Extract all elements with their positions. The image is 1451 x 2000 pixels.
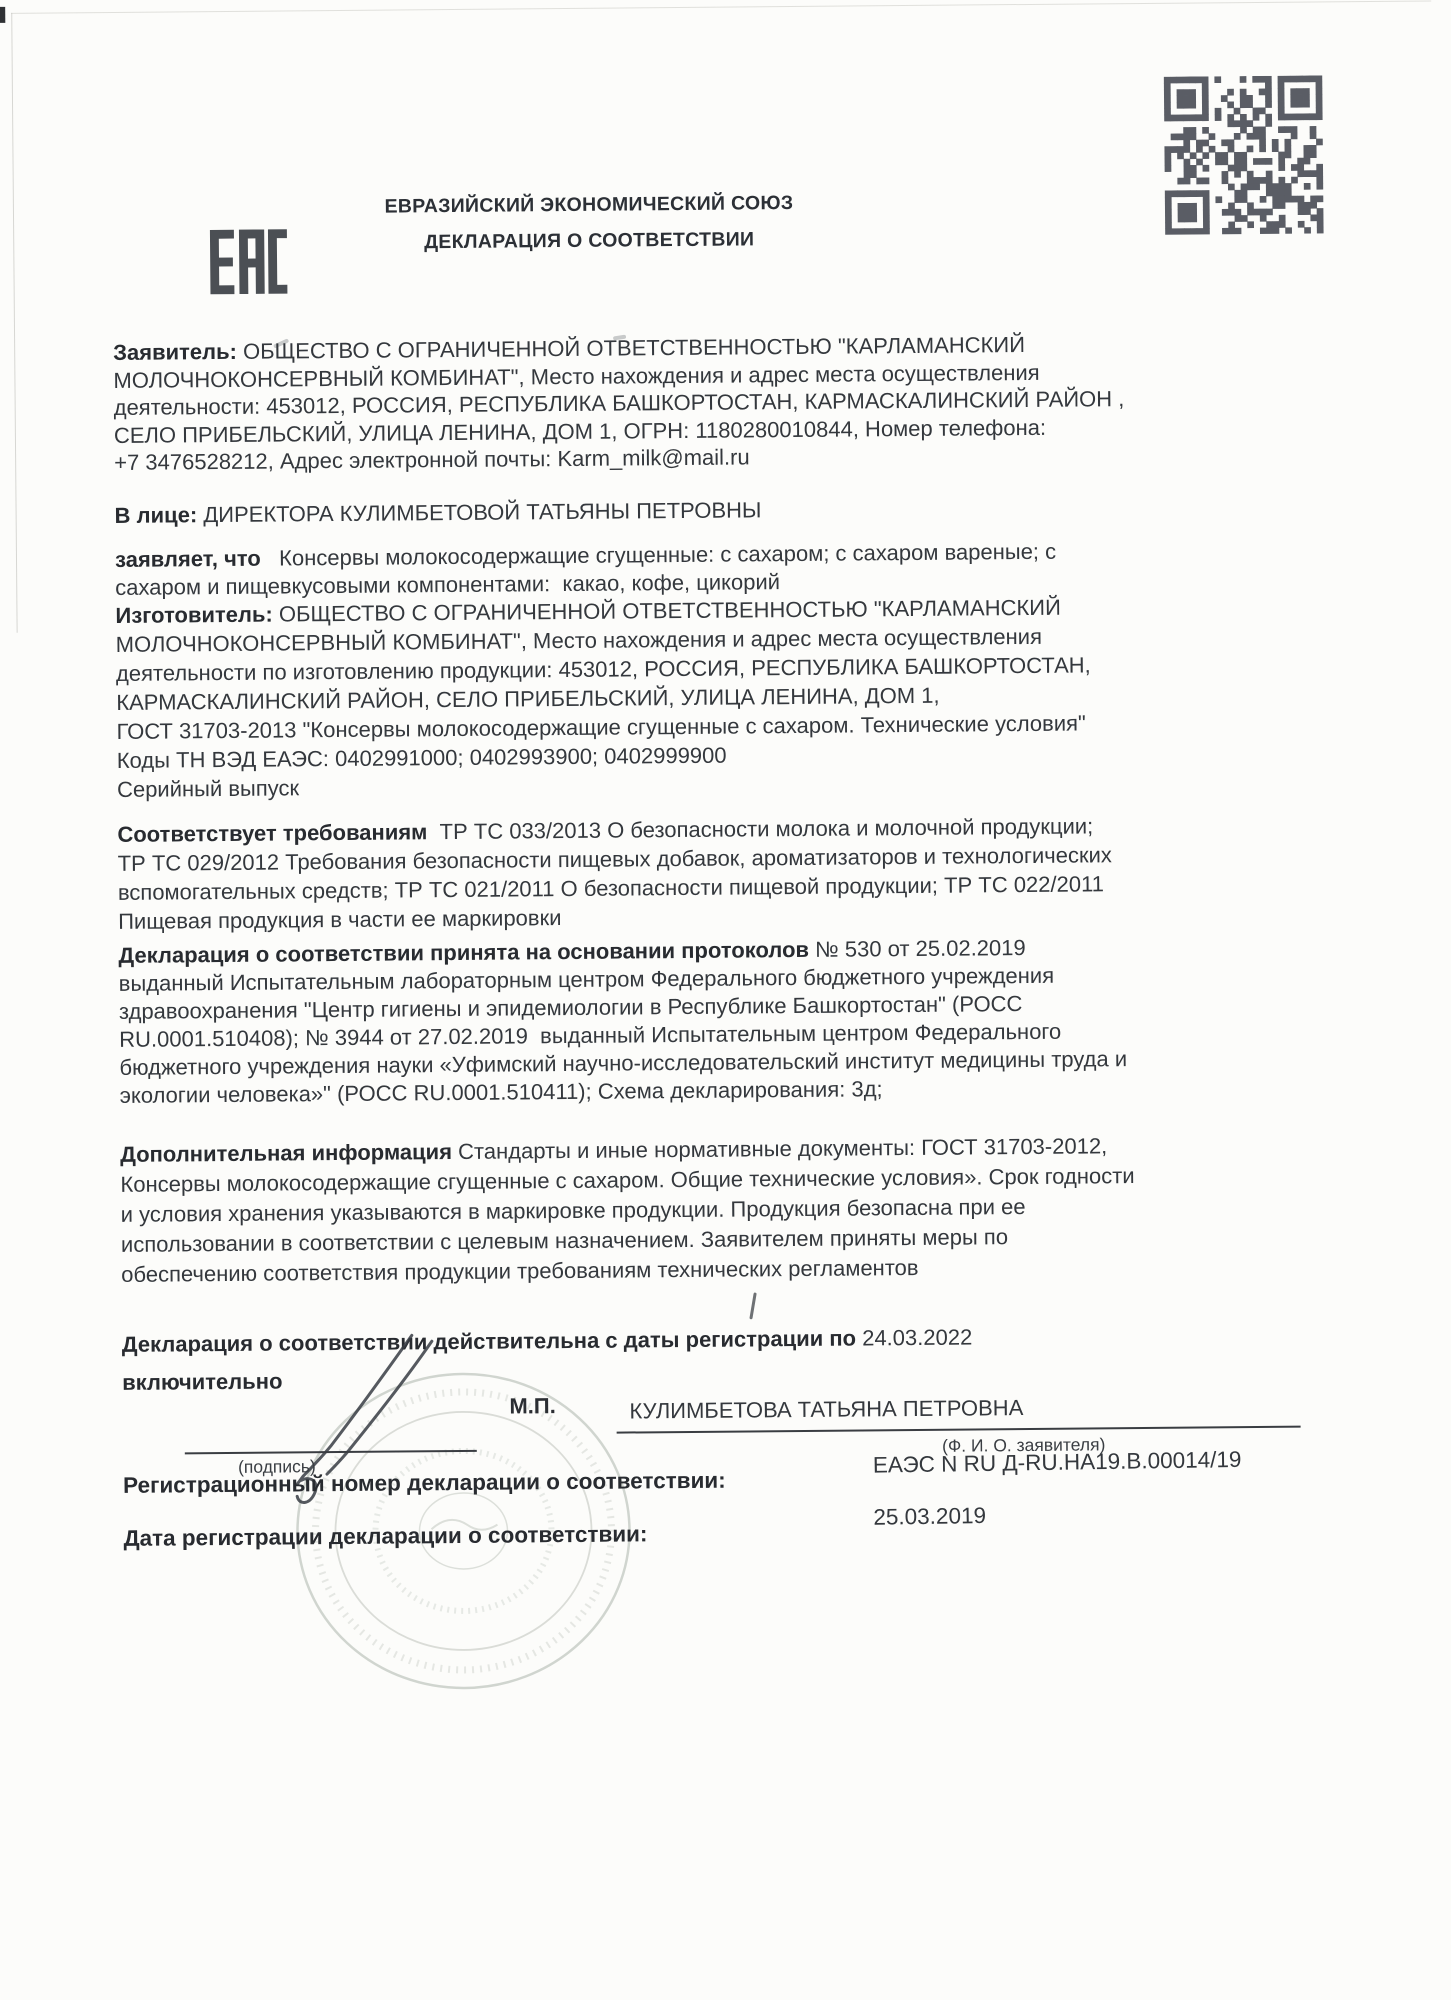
paragraph-applicant: Заявитель: ОБЩЕСТВО С ОГРАНИЧЕННОЙ ОТВЕТ… bbox=[113, 327, 1439, 476]
registration-number-value: ЕАЭС N RU Д-RU.НА19.В.00014/19 bbox=[873, 1447, 1242, 1479]
document-header: ЕВРАЗИЙСКИЙ ЭКОНОМИЧЕСКИЙ СОЮЗ ДЕКЛАРАЦИ… bbox=[322, 0, 852, 4]
eac-conformity-mark-icon bbox=[206, 219, 289, 304]
registration-number-label: Регистрационный номер декларации о соотв… bbox=[123, 1468, 726, 1499]
paragraph-additional-info: Дополнительная информация Стандарты и ин… bbox=[120, 1128, 1446, 1290]
paragraph-manufacturer: Изготовитель: ОБЩЕСТВО С ОГРАНИЧЕННОЙ ОТ… bbox=[115, 589, 1442, 804]
scan-edge-line-vertical bbox=[11, 13, 17, 633]
registration-date-label: Дата регистрации декларации о соответств… bbox=[123, 1521, 647, 1552]
document-sheet: ЕВРАЗИЙСКИЙ ЭКОНОМИЧЕСКИЙ СОЮЗ ДЕКЛАРАЦИ… bbox=[0, 0, 1451, 2000]
signer-name-line bbox=[617, 1426, 1301, 1434]
scan-edge-line-horizontal bbox=[11, 0, 1431, 13]
scan-corner-artifact bbox=[0, 7, 5, 23]
registration-date-value: 25.03.2019 bbox=[873, 1503, 986, 1531]
document-title: ДЕКЛАРАЦИЯ О СООТВЕТСТВИИ bbox=[324, 227, 854, 255]
paragraph-in-person-of: В лице: ДИРЕКТОРА КУЛИМБЕТОВОЙ ТАТЬЯНЫ П… bbox=[114, 489, 1439, 530]
union-title: ЕВРАЗИЙСКИЙ ЭКОНОМИЧЕСКИЙ СОЮЗ bbox=[324, 191, 854, 219]
paragraph-complies-with: Соответствует требованиям ТР ТС 033/2013… bbox=[117, 808, 1443, 936]
pen-stray-mark bbox=[749, 1292, 756, 1319]
qr-code bbox=[1161, 75, 1326, 234]
signer-name: КУЛИМБЕТОВА ТАТЬЯНА ПЕТРОВНА bbox=[629, 1395, 1023, 1424]
stamp-place-label: М.П. bbox=[509, 1393, 556, 1419]
paragraph-declaration-basis: Декларация о соответствии принята на осн… bbox=[118, 930, 1444, 1110]
